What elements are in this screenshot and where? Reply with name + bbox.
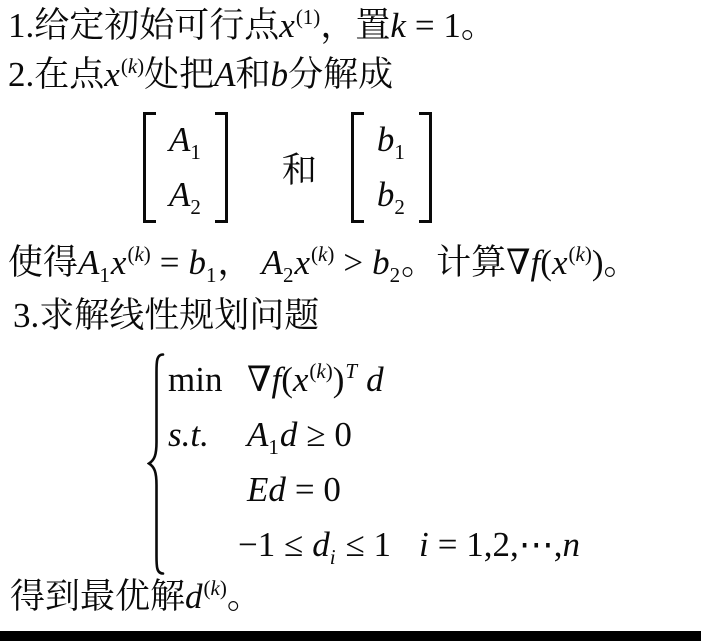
var-i: i — [419, 525, 429, 564]
var-f: f — [531, 243, 541, 282]
left-bracket — [351, 112, 364, 223]
step1-text: 1.给定初始可行点 — [8, 6, 279, 45]
var-x: x — [552, 243, 568, 282]
var-A1: A — [247, 415, 268, 454]
var-x: x — [104, 55, 120, 94]
var-f: f — [271, 360, 281, 399]
superscript-k: (k) — [309, 361, 332, 382]
var-d: d — [280, 415, 298, 454]
bound-left: −1 ≤ — [238, 525, 303, 564]
right-paren: ) — [592, 243, 604, 282]
system-row-objective: min ∇f(x(k))Td — [168, 352, 580, 407]
left-bracket — [143, 112, 156, 223]
ideographic-stop: 。 — [401, 243, 436, 282]
left-paren: ( — [540, 243, 552, 282]
bound-right: ≤ 1 — [346, 525, 391, 564]
decomposition-matrices: A1 A2 和 b1 b2 — [143, 111, 432, 224]
system-row-constraint-2: Ed= 0 — [168, 462, 580, 517]
right-bracket — [419, 112, 432, 223]
entry-b1: b1 — [377, 120, 406, 160]
feasibility-condition-line: 使得A1x(k)=b1，A2x(k)>b2。计算∇f(x(k))。 — [8, 243, 638, 283]
var-b2: b — [372, 243, 390, 282]
step1-eq: = 1 — [415, 6, 461, 45]
left-paren: ( — [281, 360, 293, 399]
entry-b2: b2 — [377, 175, 406, 215]
superscript-T: T — [345, 361, 357, 382]
system-row-constraint-3: −1 ≤di≤ 1i= 1,2,⋯,n — [168, 517, 580, 572]
var-x: x — [293, 360, 309, 399]
right-bracket — [215, 112, 228, 223]
var-A1: A — [78, 243, 99, 282]
matrix-b-vector: b1 b2 — [351, 111, 432, 224]
entry-A1: A1 — [169, 120, 202, 160]
matrix-A-vector: A1 A2 — [143, 111, 228, 224]
cond-lead-text: 使得 — [8, 243, 78, 282]
step1-period: 。 — [461, 6, 496, 45]
result-text: 得到最优解 — [10, 577, 185, 616]
superscript-k: (k) — [311, 244, 334, 265]
step-2-line: 2.在点x(k)处把A和b分解成 — [8, 55, 393, 95]
superscript-k: (k) — [121, 56, 144, 77]
entry-A2: A2 — [169, 175, 202, 215]
superscript-k: (k) — [568, 244, 591, 265]
system-row-constraint-1: s.t. A1d≥ 0 — [168, 407, 580, 462]
bottom-rule — [0, 631, 701, 641]
step-1-line: 1.给定初始可行点x(1)，置k= 1。 — [8, 6, 496, 46]
var-k: k — [390, 6, 406, 45]
right-paren: ) — [333, 360, 345, 399]
step2-mid1-text: 处把 — [144, 55, 214, 94]
superscript-1: (1) — [296, 7, 321, 28]
var-A2: A — [262, 243, 283, 282]
var-n: n — [563, 525, 581, 564]
min-operator: min — [168, 360, 247, 400]
cond-calc-text: 计算 — [436, 243, 506, 282]
var-x: x — [279, 6, 295, 45]
var-Ed: Ed — [247, 470, 286, 509]
step-3-line: 3.求解线性规划问题 — [13, 296, 319, 336]
index-range: = 1,2,⋯, — [438, 525, 563, 564]
relation-ge-zero: ≥ 0 — [306, 415, 351, 454]
var-d: d — [312, 525, 330, 564]
ideographic-stop: 。 — [227, 577, 262, 616]
comma: ， — [218, 243, 253, 282]
ideographic-stop: 。 — [603, 243, 638, 282]
var-d: d — [366, 360, 384, 399]
step3-text: 3.求解线性规划问题 — [13, 296, 319, 335]
document-page: 1.给定初始可行点x(1)，置k= 1。 2.在点x(k)处把A和b分解成 A1… — [0, 0, 701, 642]
superscript-k: (k) — [127, 244, 150, 265]
superscript-k: (k) — [204, 578, 227, 599]
greater-than-sign: > — [343, 243, 363, 282]
var-x: x — [111, 243, 127, 282]
var-b: b — [271, 55, 289, 94]
subscript-i: i — [330, 547, 336, 568]
subject-to-label: s.t. — [168, 415, 247, 455]
system-left-brace — [147, 352, 165, 576]
nabla-symbol: ∇ — [247, 360, 271, 399]
step2-and-text: 和 — [236, 55, 271, 94]
result-line: 得到最优解d(k)。 — [10, 577, 262, 617]
step2-tail-text: 分解成 — [288, 55, 393, 94]
equals-sign: = — [160, 243, 180, 282]
nabla-symbol: ∇ — [506, 243, 530, 282]
and-text: 和 — [282, 143, 317, 193]
step1-mid-text: ，置 — [320, 6, 390, 45]
linear-program-system: min ∇f(x(k))Td s.t. A1d≥ 0 Ed= 0 −1 ≤di≤… — [147, 352, 580, 576]
step2-text: 2.在点 — [8, 55, 104, 94]
var-x: x — [294, 243, 310, 282]
var-d: d — [185, 577, 203, 616]
relation-eq-zero: = 0 — [295, 470, 341, 509]
var-A: A — [214, 55, 235, 94]
var-b1: b — [189, 243, 207, 282]
